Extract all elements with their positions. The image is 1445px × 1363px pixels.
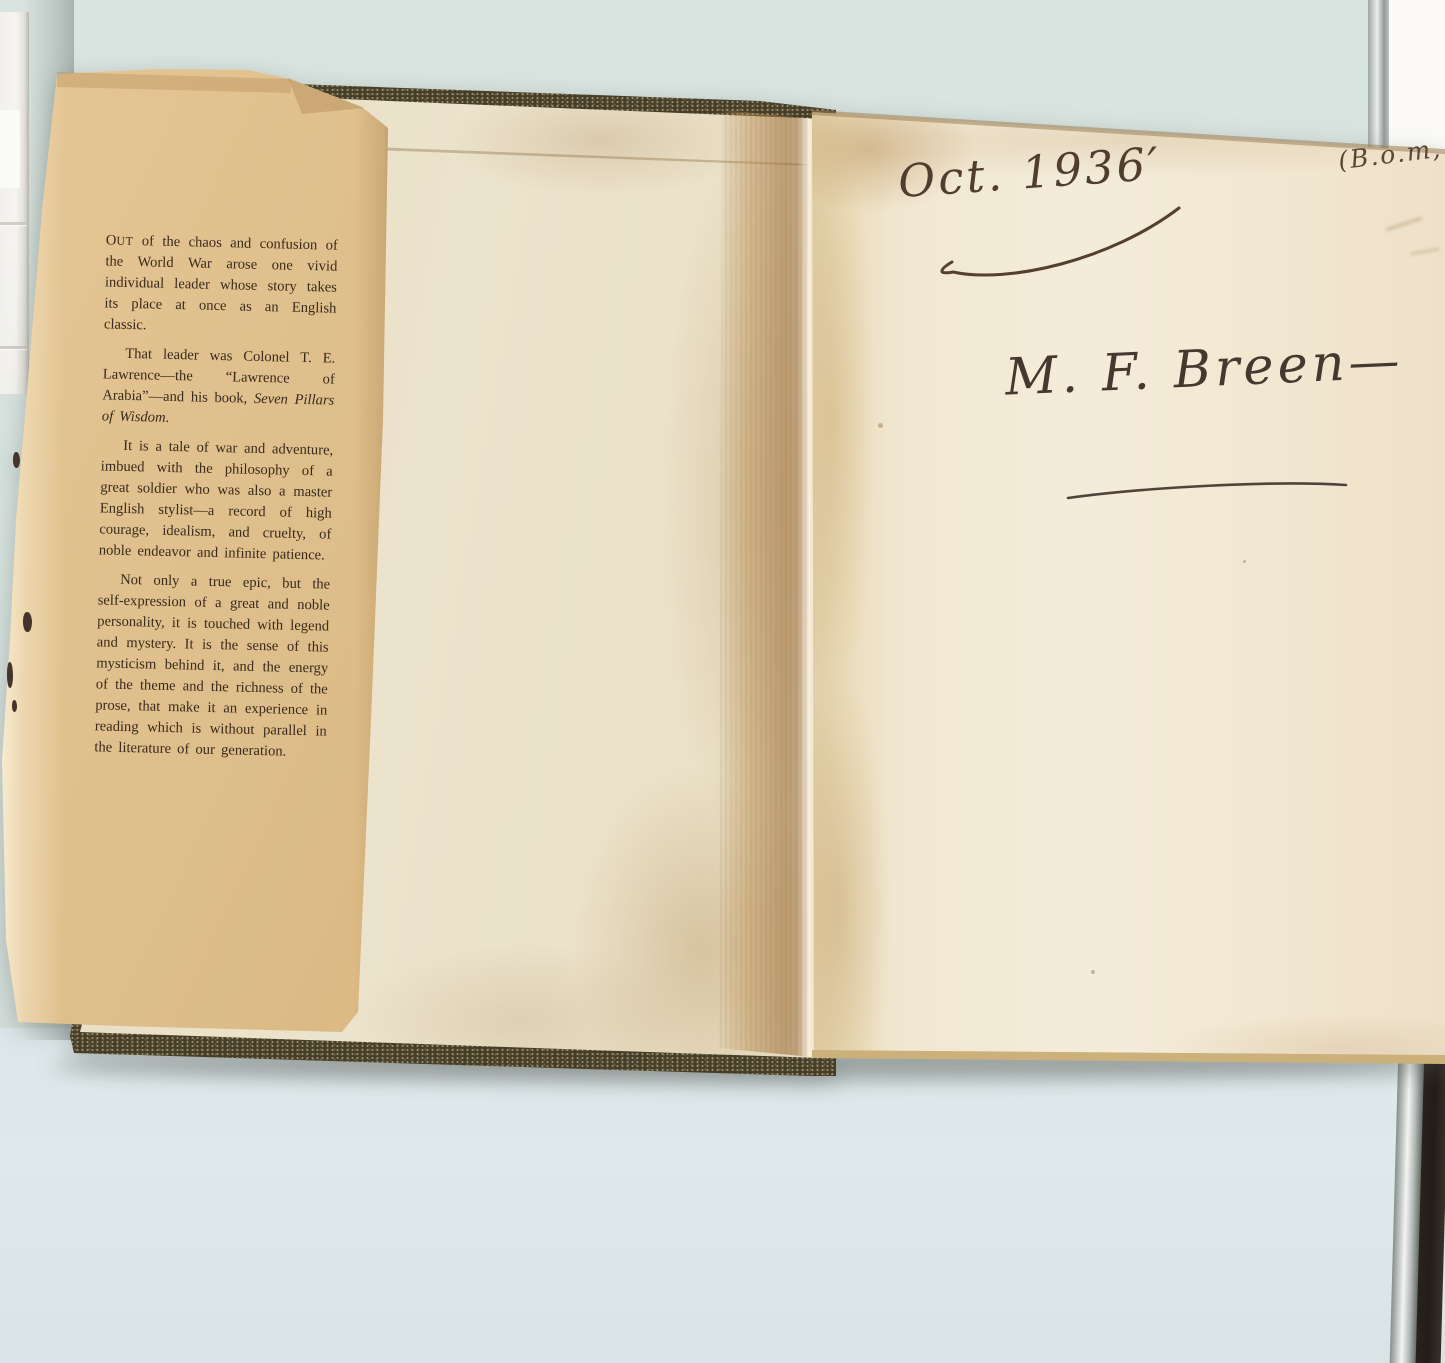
open-book: Oct. 1936′ (B.o.m, M. F. Breen— OUT of t… (0, 0, 1445, 1363)
blurb-paragraph-2: That leader was Colonel T. E. Lawrence—t… (102, 343, 336, 432)
blurb-paragraph-2-end: . (165, 410, 169, 426)
blurb-paragraph-4: Not only a true epic, but the self-expre… (94, 569, 330, 763)
foxing-speck (1243, 560, 1246, 563)
foxing-speck (1091, 970, 1095, 974)
photo-open-book: Oct. 1936′ (B.o.m, M. F. Breen— OUT of t… (0, 0, 1445, 1363)
blurb-paragraph-1-text: of the chaos and confusion of the World … (104, 233, 338, 333)
blurb-lead-smallcaps: UT (116, 234, 133, 248)
torn-edge-chip (7, 662, 13, 688)
torn-edge-chip (12, 700, 17, 712)
foxing-speck (878, 423, 883, 428)
torn-edge-chip (23, 612, 32, 632)
blurb-paragraph-1: OUT of the chaos and confusion of the Wo… (104, 230, 338, 340)
blurb-lead-cap: O (106, 232, 117, 248)
flap-blurb: OUT of the chaos and confusion of the Wo… (94, 230, 338, 771)
blurb-paragraph-3: It is a tale of war and adventure, imbue… (99, 435, 334, 566)
torn-edge-chip (13, 452, 20, 468)
